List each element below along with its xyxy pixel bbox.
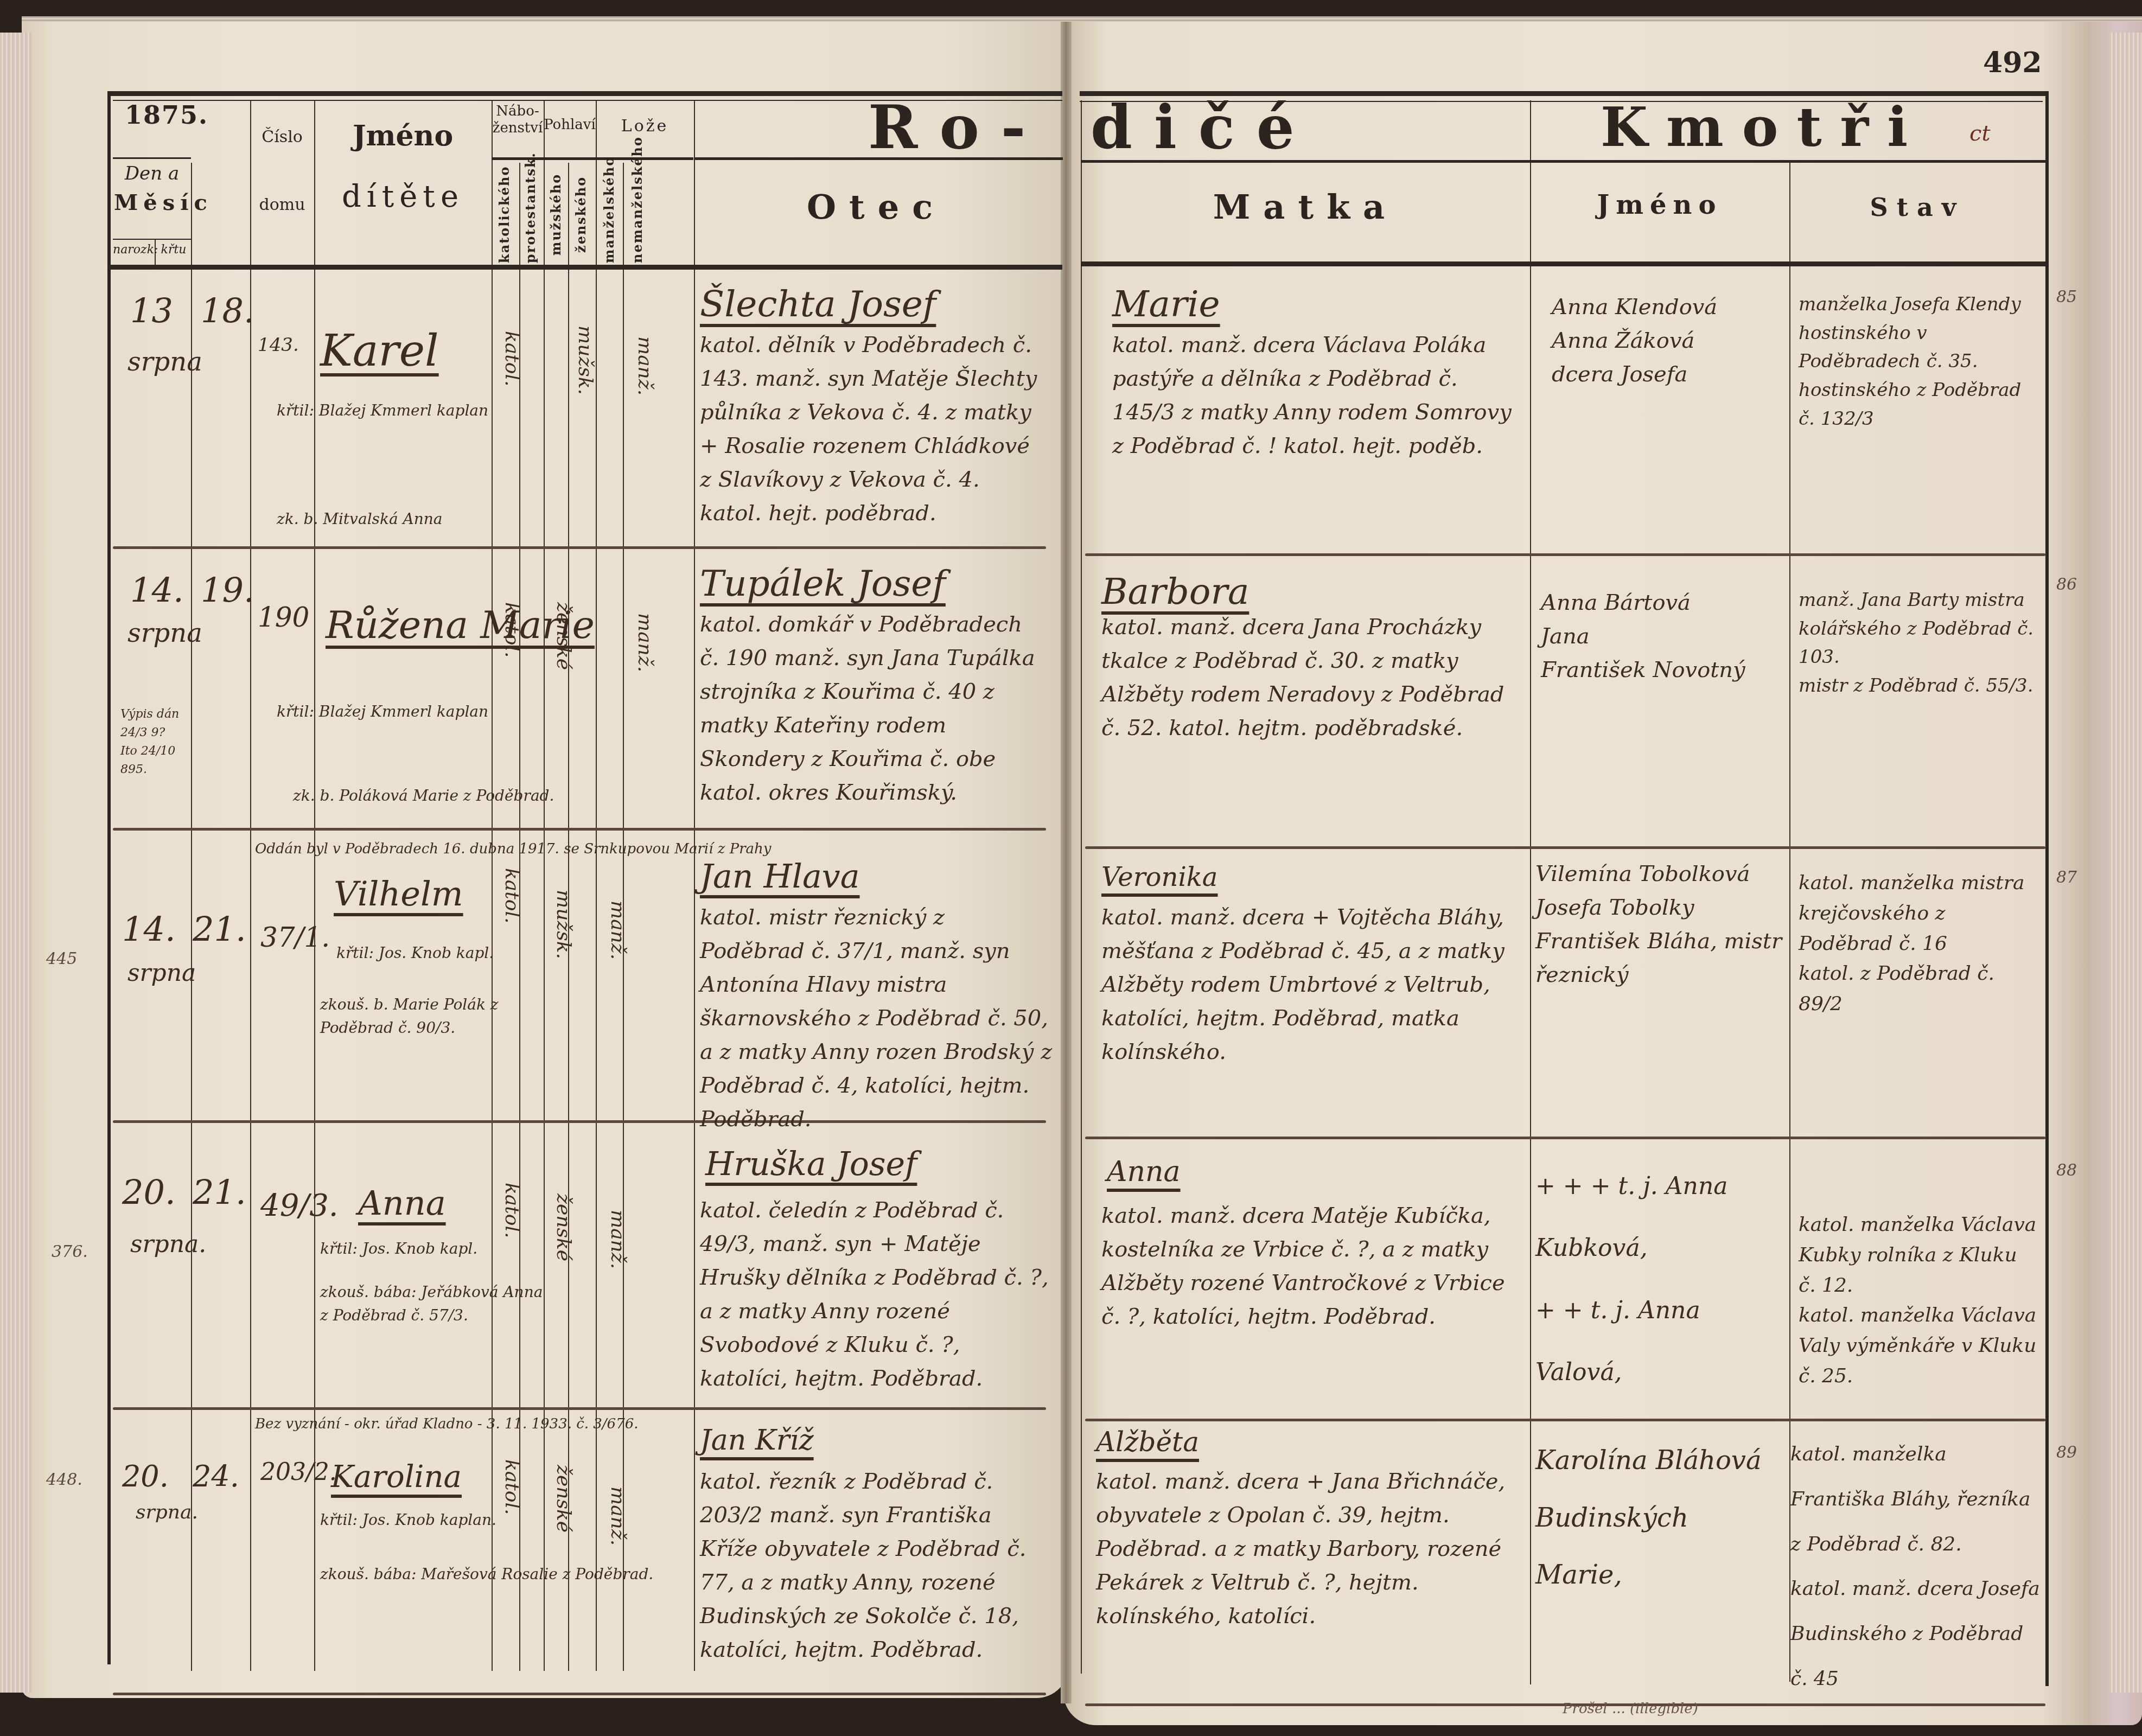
mother-details: katol. manž. dcera Matěje Kubíčka, koste…	[1101, 1199, 1525, 1333]
baptized-by: křtil: Jos. Knob kapl.	[336, 941, 494, 965]
header-religion-title: Nábo- ženství	[492, 103, 544, 137]
col-line-month	[191, 163, 192, 1671]
row-number: 89	[2056, 1443, 2077, 1462]
godparent-names: Vilemína Tobolková Josefa Tobolky Franti…	[1535, 857, 1790, 992]
header-rule-date-sub	[113, 239, 191, 240]
father-name: Jan Hlava	[700, 852, 860, 902]
godparent-names: Anna Bártová Jana František Novotný	[1541, 586, 1790, 687]
legitimacy: manž.	[629, 613, 660, 672]
religion: katol.	[496, 331, 527, 386]
sex: ženské	[548, 1193, 578, 1261]
row-separator-5-left	[113, 1693, 1046, 1695]
sex: ženské	[548, 1465, 578, 1533]
godparent-status: katol. manželka Václava Kubky rolníka z …	[1799, 1210, 2037, 1392]
legitimacy: manž.	[602, 1486, 633, 1546]
side-note: Bez vyznání - okr. úřad Kladno - 3. 11. …	[255, 1413, 1069, 1435]
father-name: Hruška Josef	[705, 1139, 917, 1190]
month: srpna.	[130, 1226, 206, 1263]
col-line-mother	[1081, 100, 1082, 1674]
religion: katol.	[496, 868, 527, 923]
header-godparents: Kmotři	[1601, 95, 1980, 159]
child-name: Anna	[358, 1177, 446, 1229]
baptism-day: 21.	[193, 1166, 246, 1218]
child-name: Karel	[320, 317, 439, 385]
row-number: 86	[2056, 575, 2077, 594]
godparent-status: manž. Jana Barty mistra kolářského z Pod…	[1799, 586, 2037, 700]
baptized-by: křtil: Jos. Knob kapl.	[320, 1237, 477, 1260]
godparent-names: Karolína Bláhová Budinských Marie,	[1535, 1432, 1790, 1604]
row-number: 88	[2056, 1161, 2077, 1180]
birth-day: 14.	[130, 564, 184, 616]
row-separator-2-right	[1085, 846, 2045, 849]
header-religion-catholic: katolického	[496, 165, 512, 263]
father-details: katol. čeledín z Poděbrad č. 49/3, manž.…	[700, 1193, 1053, 1395]
godparent-status: katol. manželka mistra krejčovského z Po…	[1799, 868, 2037, 1019]
margin-note: Výpis dán 24/3 9? Ito 24/10 895.	[120, 705, 196, 779]
left-fore-edge	[0, 33, 33, 1693]
bottom-note: Prošel ... (illegible)	[1563, 1698, 1698, 1720]
mother-name: Alžběta	[1096, 1421, 1199, 1464]
sex: ženské	[548, 602, 578, 670]
header-bottom-left	[107, 265, 1062, 270]
col-line-sex	[544, 100, 545, 1671]
row-separator-1-left	[113, 546, 1046, 549]
header-godparent-name: Jméno	[1530, 190, 1789, 220]
header-house-line1: Číslo	[250, 127, 314, 146]
birth-day: 20.	[122, 1454, 169, 1499]
header-name-line1: Jméno	[314, 119, 492, 152]
mother-details: katol. manž. dcera + Jana Břichnáče, oby…	[1096, 1465, 1525, 1633]
header-legitimacy-title: Lože	[596, 117, 694, 136]
birth-day: 20.	[122, 1166, 176, 1218]
header-year: 1875.	[125, 100, 195, 130]
baptism-day: 19.	[201, 564, 254, 616]
row-separator-2-left	[113, 828, 1046, 831]
month: srpna	[127, 613, 202, 653]
midwife: zkouš. bába: Mařešová Rosalie z Poděbrad…	[320, 1562, 678, 1586]
midwife: zkouš. bába: Jeřábková Anna z Poděbrad č…	[320, 1280, 548, 1327]
row-separator-3-right	[1085, 1137, 2045, 1139]
header-sex-male: mužského	[548, 165, 564, 263]
row-separator-4-right	[1085, 1419, 2045, 1421]
legitimacy: manž.	[602, 1210, 633, 1269]
house-number: 203/2.	[260, 1454, 337, 1491]
month: srpna	[127, 955, 196, 992]
right-fore-edge	[2109, 33, 2142, 1693]
house-number: 37/1.	[260, 917, 330, 959]
father-details: katol. řezník z Poděbrad č. 203/2 manž. …	[700, 1465, 1053, 1667]
header-father: Otec	[694, 187, 1059, 227]
child-name: Karolina	[331, 1454, 462, 1501]
father-name: Jan Kříž	[700, 1419, 814, 1463]
mother-details: katol. manž. dcera Václava Poláka pastýř…	[1112, 328, 1525, 463]
baptism-day: 18.	[201, 285, 254, 337]
header-date-line2: Měsíc	[114, 190, 193, 215]
page-number: 492	[1983, 46, 2042, 79]
header-rule-subcols	[492, 157, 693, 160]
col-line-name	[314, 100, 315, 1671]
header-legit-marital: manželského	[601, 165, 617, 263]
religion: katol.	[496, 602, 527, 658]
religion: katol.	[496, 1459, 527, 1515]
header-religion-protestant: protestantsk.	[522, 165, 538, 263]
header-date-sub-birth: narozk:	[113, 243, 155, 257]
mother-name: Anna	[1107, 1150, 1181, 1194]
header-sex-female: ženského	[573, 165, 589, 263]
sex: mužsk.	[570, 325, 600, 395]
header-house-line2: domu	[250, 195, 314, 214]
margin-number: 445	[46, 949, 77, 968]
mother-details: katol. manž. dcera + Vojtěcha Bláhy, měš…	[1101, 901, 1525, 1069]
header-bottom-right	[1081, 261, 2045, 266]
header-date-sub-baptism: křtu	[156, 243, 191, 257]
col-line-father	[694, 100, 695, 1671]
header-name-line2: dítěte	[314, 179, 492, 214]
child-name: Vilhelm	[334, 868, 463, 920]
side-note: Oddán byl v Poděbradech 16. dubna 1917. …	[255, 838, 1069, 860]
father-details: katol. dělník v Poděbradech č. 143. manž…	[700, 328, 1047, 530]
header-parents-left: Ro-	[868, 92, 1058, 162]
baptized-by: křtil: Blažej Kmmerl kaplan	[277, 399, 488, 422]
mother-name: Marie	[1112, 277, 1220, 332]
baptism-day: 21.	[193, 903, 246, 955]
header-parents-right: dičé	[1091, 92, 1373, 162]
header-godparents-note: ct	[1969, 117, 1990, 150]
house-number: 49/3.	[260, 1183, 339, 1230]
margin-number: 448.	[46, 1470, 82, 1489]
midwife: zkouš. b. Marie Polák z Poděbrad č. 90/3…	[320, 993, 548, 1040]
midwife: zk. b. Mitvalská Anna	[277, 507, 443, 531]
mother-name: Veronika	[1101, 857, 1217, 897]
godparent-names: + + + t. j. Anna Kubková, + + t. j. Anna…	[1535, 1156, 1790, 1404]
month: srpna.	[136, 1497, 198, 1528]
row-separator-1-right	[1085, 553, 2045, 556]
col-line-godparent-name	[1530, 100, 1531, 1684]
godparent-status: katol. manželka Františka Bláhy, řezníka…	[1790, 1432, 2040, 1702]
header-legit-nonmarital: nemanželského	[629, 165, 645, 263]
row-number: 85	[2056, 288, 2077, 307]
mother-details: katol. manž. dcera Jana Procházky tkalce…	[1101, 610, 1525, 745]
sex: mužsk.	[548, 890, 578, 959]
godparent-status: manželka Josefa Klendy hostinského v Pod…	[1799, 290, 2037, 433]
header-rule-year	[113, 157, 191, 159]
godparent-names: Anna Klendová Anna Žáková dcera Josefa	[1552, 290, 1790, 391]
birth-day: 14.	[122, 903, 176, 955]
religion: katol.	[496, 1183, 527, 1238]
father-name: Tupálek Josef	[700, 556, 946, 611]
header-sex-title: Pohlaví	[544, 117, 596, 133]
father-details: katol. domkář v Poděbradech č. 190 manž.…	[700, 608, 1047, 809]
father-details: katol. mistr řeznický z Poděbrad č. 37/1…	[700, 901, 1053, 1136]
baptism-day: 24.	[193, 1454, 239, 1499]
month: srpna	[127, 342, 202, 382]
header-date-line1: Den a	[117, 163, 187, 184]
header-mother: Matka	[1081, 187, 1530, 227]
table-right-border	[2045, 91, 2049, 1686]
birth-day: 13	[130, 285, 173, 337]
col-line-religion	[492, 100, 493, 1671]
baptized-by: křtil: Jos. Knob kaplan.	[320, 1508, 496, 1531]
margin-number: 376.	[52, 1242, 88, 1261]
legitimacy: manž.	[602, 901, 633, 960]
house-number: 143.	[258, 331, 299, 360]
baptized-by: křtil: Blažej Kmmerl kaplan	[277, 700, 488, 723]
row-separator-4-left	[113, 1407, 1046, 1410]
book-spine	[1061, 22, 1072, 1703]
header-godparent-status: Stav	[1789, 193, 2045, 222]
row-number: 87	[2056, 868, 2077, 887]
father-name: Šlechta Josef	[700, 277, 936, 332]
table-left-border	[107, 91, 111, 1664]
legitimacy: manž.	[629, 336, 660, 395]
house-number: 190	[258, 597, 309, 639]
midwife: zk. b. Poláková Marie z Poděbrad.	[293, 784, 554, 807]
